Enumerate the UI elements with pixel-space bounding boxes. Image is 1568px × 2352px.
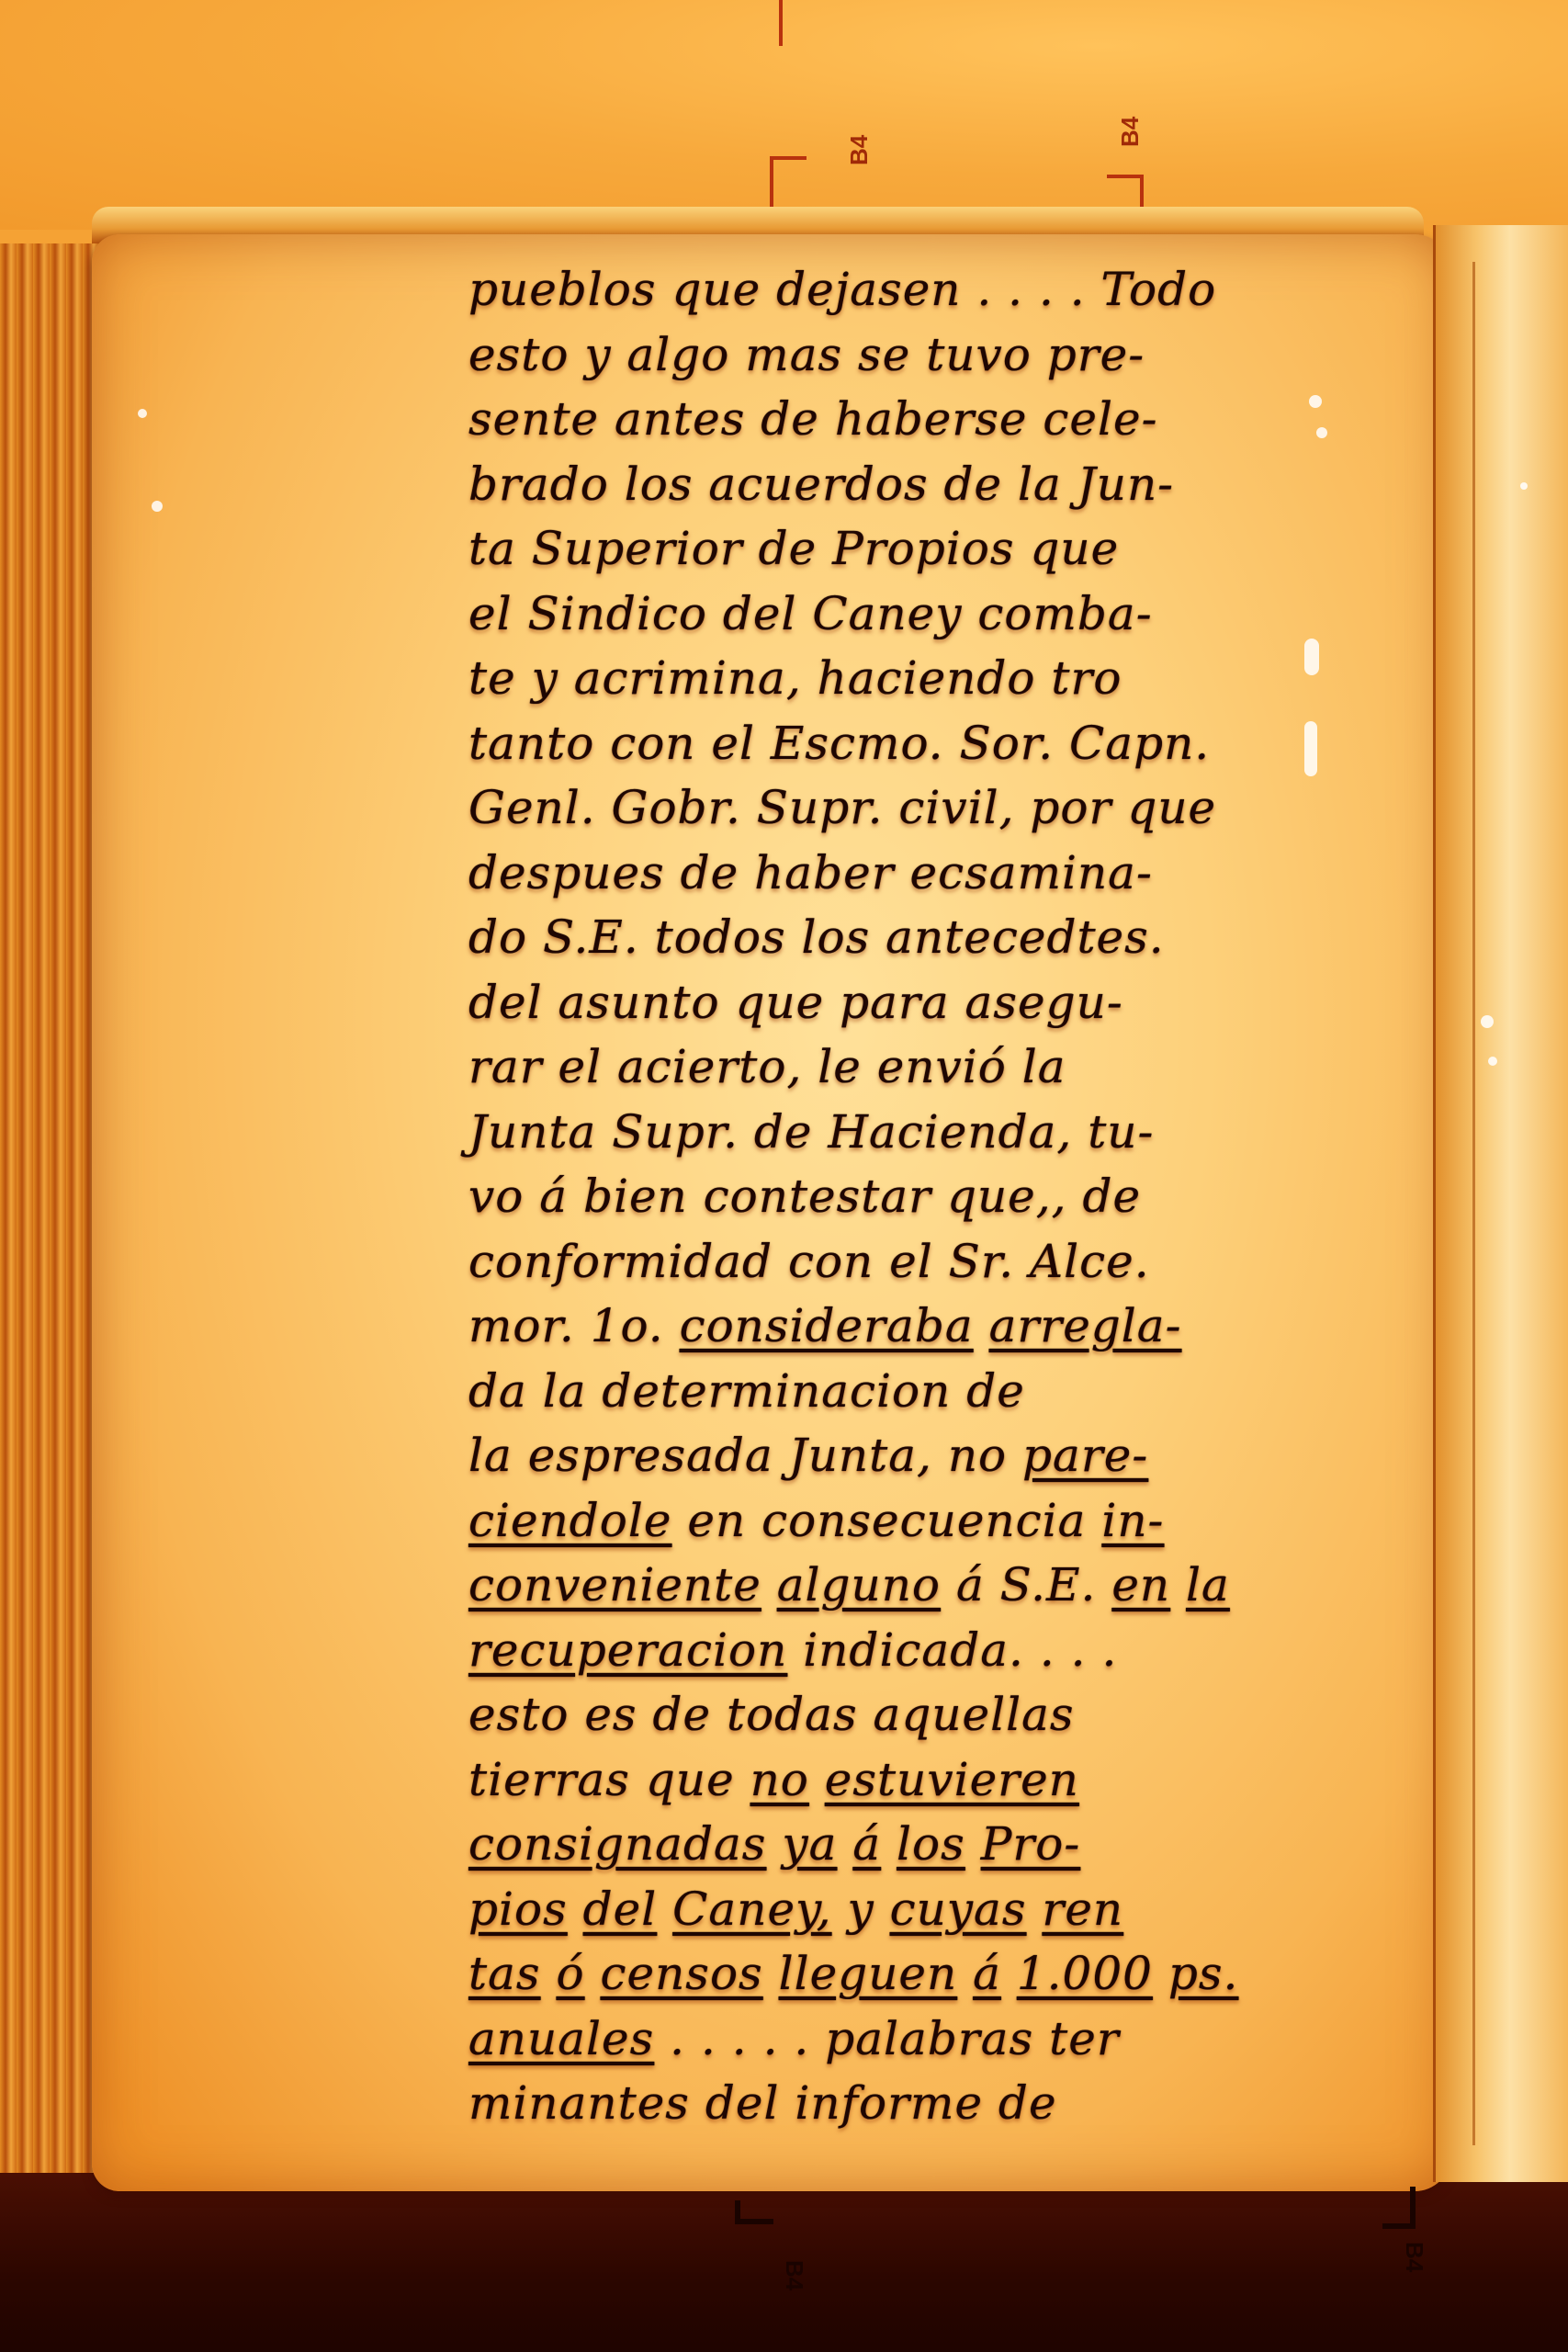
text-line-10: despues de haber ecsamina- bbox=[468, 841, 1424, 906]
text-line-25: consignadas ya á los Pro- bbox=[468, 1812, 1424, 1877]
text-line-16: conformidad con el Sr. Alce. bbox=[468, 1229, 1424, 1295]
text-line-5: ta Superior de Propios que bbox=[468, 516, 1424, 582]
text-line-7: te y acrimina, haciendo tro bbox=[468, 646, 1424, 711]
text-line-8: tanto con el Escmo. Sor. Capn. bbox=[468, 711, 1424, 776]
crop-label-bottom-left: B4 bbox=[780, 2260, 808, 2290]
text-line-19: la espresada Junta, no pare- bbox=[468, 1423, 1424, 1488]
text-line-18: da la determinacion de bbox=[468, 1359, 1424, 1424]
text-line-13: rar el acierto, le envió la bbox=[468, 1035, 1424, 1100]
foxing-spot bbox=[1481, 1015, 1494, 1028]
text-line-26: pios del Caney, y cuyas ren bbox=[468, 1877, 1424, 1942]
manuscript-text: pueblos que dejasen . . . . Todo esto y … bbox=[468, 257, 1424, 2136]
text-line-29: minantes del informe de bbox=[468, 2071, 1424, 2136]
text-line-3: sente antes de haberse cele- bbox=[468, 387, 1424, 452]
text-line-17: mor. 1o. consideraba arregla- bbox=[468, 1294, 1424, 1359]
right-binding-flap bbox=[1433, 225, 1568, 2182]
text-line-20: ciendole en consecuencia in- bbox=[468, 1488, 1424, 1554]
crop-label-top-left: B4 bbox=[845, 135, 874, 165]
foxing-spot bbox=[152, 501, 163, 512]
text-line-22: recuperacion indicada. . . . bbox=[468, 1618, 1424, 1683]
text-line-27: tas ó censos lleguen á 1.000 ps. bbox=[468, 1941, 1424, 2007]
crop-mark-top-center-line bbox=[779, 0, 783, 46]
text-line-23: esto es de todas aquellas bbox=[468, 1682, 1424, 1747]
crop-label-bottom-right: B4 bbox=[1400, 2242, 1428, 2272]
text-line-12: del asunto que para asegu- bbox=[468, 970, 1424, 1035]
text-line-11: do S.E. todos los antecedtes. bbox=[468, 905, 1424, 970]
text-line-21: conveniente alguno á S.E. en la bbox=[468, 1553, 1424, 1618]
crop-label-top-right: B4 bbox=[1116, 117, 1145, 147]
crop-mark-bottom-right bbox=[1382, 2187, 1416, 2229]
text-line-15: vo á bien contestar que,, de bbox=[468, 1164, 1424, 1229]
text-line-2: esto y algo mas se tuvo pre- bbox=[468, 322, 1424, 388]
foxing-spot bbox=[1488, 1057, 1497, 1066]
text-line-4: brado los acuerdos de la Jun- bbox=[468, 452, 1424, 517]
foxing-spot bbox=[138, 409, 147, 418]
text-line-24: tierras que no estuvieren bbox=[468, 1747, 1424, 1813]
foxing-spot bbox=[1520, 482, 1528, 490]
text-line-28: anuales . . . . . palabras ter bbox=[468, 2007, 1424, 2072]
crop-mark-bottom-left bbox=[735, 2200, 773, 2224]
text-line-14: Junta Supr. de Hacienda, tu- bbox=[468, 1100, 1424, 1165]
text-line-6: el Sindico del Caney comba- bbox=[468, 582, 1424, 647]
text-line-9: Genl. Gobr. Supr. civil, por que bbox=[468, 775, 1424, 841]
text-line-1: pueblos que dejasen . . . . Todo bbox=[468, 257, 1424, 322]
binding-stitch bbox=[1472, 262, 1475, 2145]
